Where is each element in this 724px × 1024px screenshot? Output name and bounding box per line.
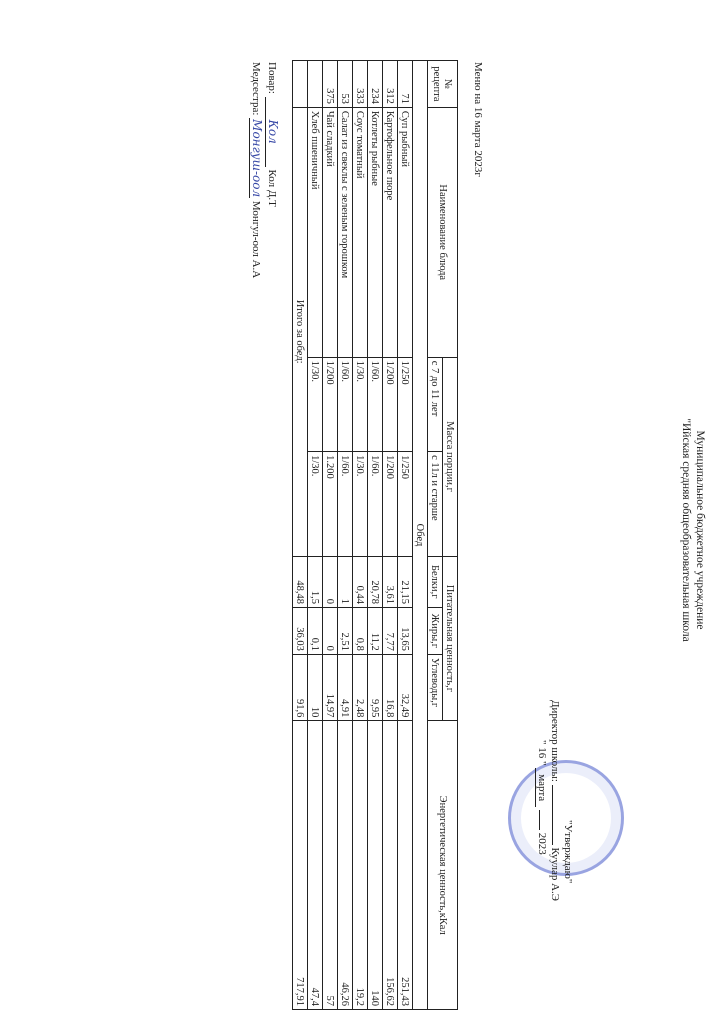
header-dish-name: Наименование блюда [428,107,458,357]
total-energy: 717,91 [293,721,308,1010]
mass-7-11-cell: 1/60. [368,357,383,451]
total-row: Итого за обед: 48,48 36,03 91,6 717,91 [293,61,308,1010]
header-recipe-no: № рецепта [428,61,458,108]
cook-signature: Повар: Кол Кол Д.Т [265,62,280,207]
document-page: Муниципальное бюджетное учреждение "Ийск… [0,0,724,1024]
proteins-cell: 0,44 [353,556,368,608]
energy-cell: 251,43 [398,721,413,1010]
fats-cell: 0,1 [308,608,323,655]
fats-cell: 0 [323,608,338,655]
dish-name-cell: Котлеты рыбные [368,107,383,357]
dish-name-cell: Хлеб пшеничный [308,107,323,357]
mass-7-11-cell: 1/200 [383,357,398,451]
menu-table: № рецепта Наименование блюда Масса порци… [292,60,458,1010]
mass-7-11-cell: 1/200 [323,357,338,451]
total-proteins: 48,48 [293,556,308,608]
nurse-label: Медсестра: [250,62,262,115]
mass-11-plus-cell: 1.200 [323,452,338,556]
mass-7-11-cell: 1/30. [308,357,323,451]
proteins-cell: 0 [323,556,338,608]
fats-cell: 7,77 [383,608,398,655]
org-line-2: "Ийская средняя общеобразовательная школ… [680,250,692,810]
energy-cell: 57 [323,721,338,1010]
mass-11-plus-cell: 1/60. [338,452,353,556]
total-label: Итого за обед: [293,107,308,556]
header-carbs: Углеводы,г [428,654,443,721]
director-label: Директор школы: [549,700,561,782]
carbs-cell: 10 [308,654,323,721]
header-age-11-plus: с 11л и старше [428,452,443,556]
mass-11-plus-cell: 1/30. [353,452,368,556]
mass-11-plus-cell: 1/30. [308,452,323,556]
carbs-cell: 16,8 [383,654,398,721]
director-name: Куулар А.Э [549,847,561,901]
header-proteins: Белки,г [428,556,443,608]
header-nutrition: Питательная ценность,г [443,556,458,721]
page-title: Меню на 16 марта 2023г [472,62,484,177]
proteins-cell: 3,61 [383,556,398,608]
table-row: 375Чай сладкий1/2001.2000014,9757 [323,61,338,1010]
header-energy: Энергетическая ценность,кКал [428,721,458,1010]
carbs-cell: 9,95 [368,654,383,721]
date-month: марта [535,768,548,807]
approval-label: "Утверждаю" [561,700,574,901]
mass-11-plus-cell: 1/250 [398,452,413,556]
proteins-cell: 1,5 [308,556,323,608]
date-day: " 16 " [536,740,548,765]
table-row: 71Суп рыбный1/2501/25021,1513,6532,49251… [398,61,413,1010]
fats-cell: 13,65 [398,608,413,655]
dish-name-cell: Чай сладкий [323,107,338,357]
org-line-1: Муниципальное бюджетное учреждение [694,250,706,810]
mass-7-11-cell: 1/250 [398,357,413,451]
recipe-no-cell: 333 [353,61,368,108]
dish-name-cell: Картофельное пюре [383,107,398,357]
cook-label: Повар: [266,62,278,94]
table-row: Хлеб пшеничный1/30.1/30.1,50,11047,4 [308,61,323,1010]
dish-name-cell: Салат из свеклы с зеленым горошком [338,107,353,357]
fats-cell: 2,51 [338,608,353,655]
carbs-cell: 14,97 [323,654,338,721]
dish-name-cell: Соус томатный [353,107,368,357]
recipe-no-cell [308,61,323,108]
nurse-handwritten-sign: Монгуш-оол [249,118,264,198]
recipe-no-cell: 53 [338,61,353,108]
recipe-no-cell: 71 [398,61,413,108]
energy-cell: 19,2 [353,721,368,1010]
dish-name-cell: Суп рыбный [398,107,413,357]
mass-11-plus-cell: 1/60. [368,452,383,556]
mass-7-11-cell: 1/30. [353,357,368,451]
date-year: 2023 [536,833,548,855]
approval-date: " 16 " марта 2023 [535,700,548,901]
total-carbs: 91,6 [293,654,308,721]
proteins-cell: 21,15 [398,556,413,608]
fats-cell: 11,2 [368,608,383,655]
approval-director: Директор школы: Куулар А.Э [548,700,561,901]
proteins-cell: 20,78 [368,556,383,608]
energy-cell: 47,4 [308,721,323,1010]
proteins-cell: 1 [338,556,353,608]
section-lunch: Обед [413,61,428,1010]
energy-cell: 156,62 [383,721,398,1010]
nurse-name: Монгул-оол А.А [250,201,262,278]
recipe-no-cell: 312 [383,61,398,108]
approval-block: "Утверждаю" Директор школы: Куулар А.Э "… [535,700,574,901]
carbs-cell: 4,91 [338,654,353,721]
carbs-cell: 32,49 [398,654,413,721]
header-age-7-11: с 7 до 11 лет [428,357,443,451]
total-fats: 36,03 [293,608,308,655]
energy-cell: 140 [368,721,383,1010]
table-row: 333Соус томатный1/30.1/30.0,440,82,4819,… [353,61,368,1010]
recipe-no-cell: 375 [323,61,338,108]
mass-7-11-cell: 1/60. [338,357,353,451]
recipe-no-cell: 234 [368,61,383,108]
mass-11-plus-cell: 1/200 [383,452,398,556]
cook-handwritten-sign: Кол [265,97,280,167]
cook-name: Кол Д.Т [266,169,278,206]
carbs-cell: 2,48 [353,654,368,721]
table-row: 53Салат из свеклы с зеленым горошком1/60… [338,61,353,1010]
nurse-signature: Медсестра: Монгуш-оол Монгул-оол А.А [249,62,264,278]
energy-cell: 46,26 [338,721,353,1010]
fats-cell: 0,8 [353,608,368,655]
header-portion-mass: Масса порции,г [443,357,458,556]
table-row: 312Картофельное пюре1/2001/2003,617,7716… [383,61,398,1010]
table-row: 234Котлеты рыбные1/60.1/60.20,7811,29,95… [368,61,383,1010]
header-fats: Жиры,г [428,608,443,655]
